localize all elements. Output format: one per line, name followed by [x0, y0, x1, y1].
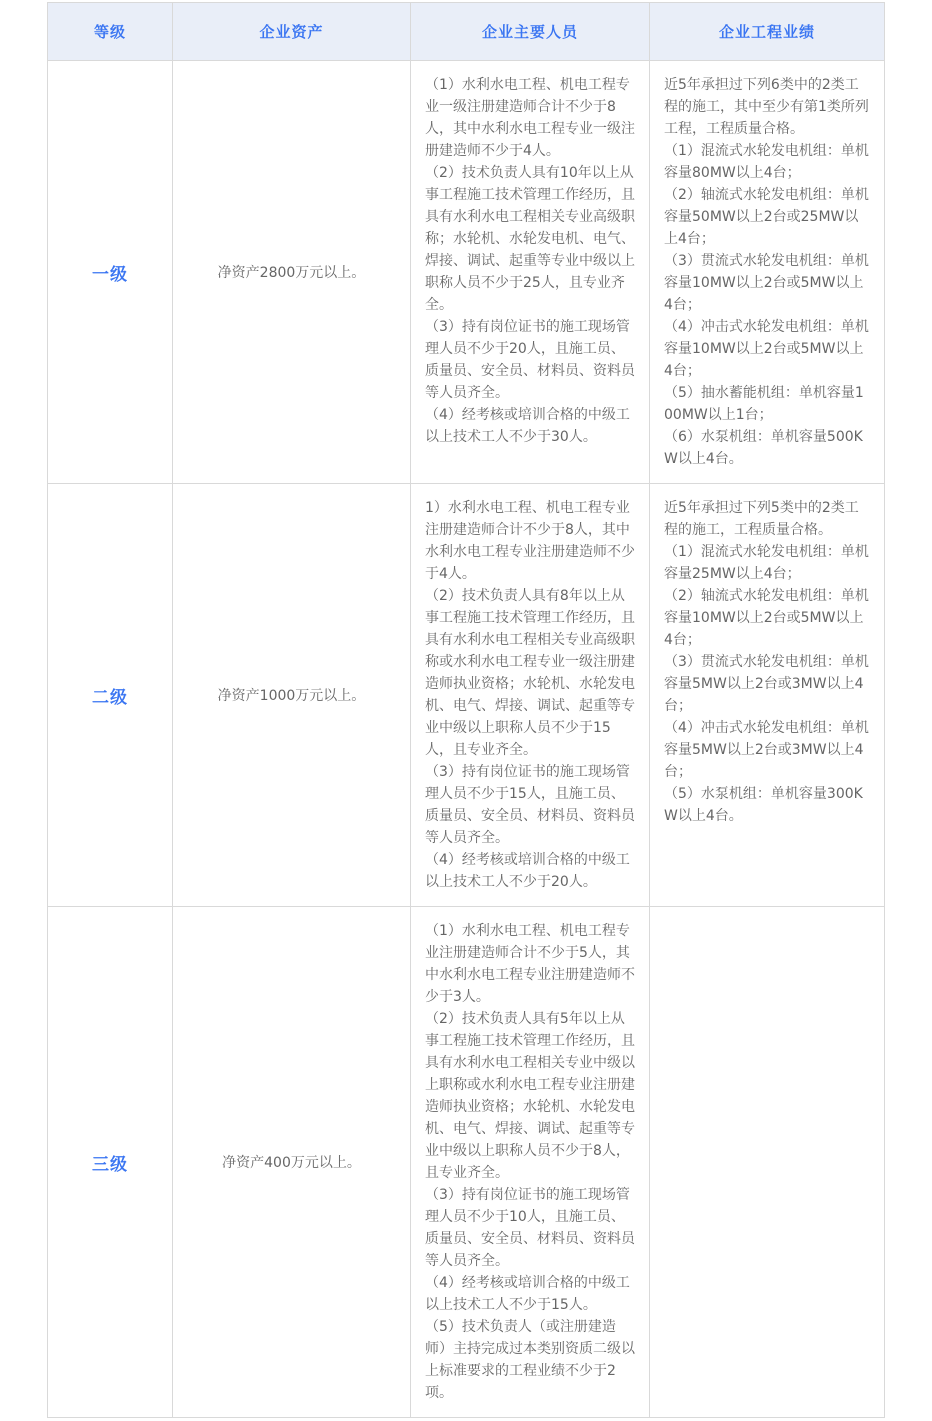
header-cell-performance: 企业工程业绩	[650, 3, 885, 61]
assets-cell: 净资产1000万元以上。	[173, 484, 411, 907]
table-row-grade-2: 二级 净资产1000万元以上。 1）水利水电工程、机电工程专业注册建造师合计不少…	[48, 484, 885, 907]
level-cell: 一级	[48, 61, 173, 484]
cell-paragraph: （5）技术负责人（或注册建造师）主持完成过本类别资质二级以上标准要求的工程业绩不…	[425, 1316, 635, 1404]
cell-paragraph: （1）混流式水轮发电机组：单机容量80MW以上4台；	[664, 140, 870, 184]
cell-paragraph: （5）抽水蓄能机组：单机容量100MW以上1台；	[664, 382, 870, 426]
cell-paragraph: （2）轴流式水轮发电机组：单机容量50MW以上2台或25MW以上4台；	[664, 184, 870, 250]
cell-paragraph: （4）冲击式水轮发电机组：单机容量10MW以上2台或5MW以上4台；	[664, 316, 870, 382]
header-cell-personnel: 企业主要人员	[411, 3, 650, 61]
cell-paragraph: （1）水利水电工程、机电工程专业注册建造师合计不少于5人，其中水利水电工程专业注…	[425, 920, 635, 1008]
header-cell-level: 等级	[48, 3, 173, 61]
cell-paragraph: （4）经考核或培训合格的中级工以上技术工人不少于20人。	[425, 849, 635, 893]
table-header-row: 等级 企业资产 企业主要人员 企业工程业绩	[48, 3, 885, 61]
cell-paragraph: （4）经考核或培训合格的中级工以上技术工人不少于30人。	[425, 404, 635, 448]
cell-paragraph: （5）水泵机组：单机容量300KW以上4台。	[664, 783, 870, 827]
cell-paragraph: （3）贯流式水轮发电机组：单机容量5MW以上2台或3MW以上4台；	[664, 651, 870, 717]
level-cell: 三级	[48, 907, 173, 1418]
assets-cell: 净资产2800万元以上。	[173, 61, 411, 484]
performance-cell: 近5年承担过下列5类中的2类工程的施工，工程质量合格。 （1）混流式水轮发电机组…	[650, 484, 885, 907]
cell-paragraph: （3）持有岗位证书的施工现场管理人员不少于20人，且施工员、质量员、安全员、材料…	[425, 316, 635, 404]
cell-paragraph: 近5年承担过下列6类中的2类工程的施工，其中至少有第1类所列工程，工程质量合格。	[664, 74, 870, 140]
cell-paragraph: （3）持有岗位证书的施工现场管理人员不少于15人，且施工员、质量员、安全员、材料…	[425, 761, 635, 849]
header-cell-assets: 企业资产	[173, 3, 411, 61]
personnel-cell: 1）水利水电工程、机电工程专业注册建造师合计不少于8人，其中水利水电工程专业注册…	[411, 484, 650, 907]
personnel-cell: （1）水利水电工程、机电工程专业注册建造师合计不少于5人，其中水利水电工程专业注…	[411, 907, 650, 1418]
cell-paragraph: （3）贯流式水轮发电机组：单机容量10MW以上2台或5MW以上4台；	[664, 250, 870, 316]
performance-cell-empty	[650, 907, 885, 1418]
performance-cell: 近5年承担过下列6类中的2类工程的施工，其中至少有第1类所列工程，工程质量合格。…	[650, 61, 885, 484]
table-row-grade-3: 三级 净资产400万元以上。 （1）水利水电工程、机电工程专业注册建造师合计不少…	[48, 907, 885, 1418]
assets-cell: 净资产400万元以上。	[173, 907, 411, 1418]
cell-paragraph: 近5年承担过下列5类中的2类工程的施工，工程质量合格。	[664, 497, 870, 541]
personnel-cell: （1）水利水电工程、机电工程专业一级注册建造师合计不少于8人，其中水利水电工程专…	[411, 61, 650, 484]
cell-paragraph: （4）经考核或培训合格的中级工以上技术工人不少于15人。	[425, 1272, 635, 1316]
cell-paragraph: （2）技术负责人具有8年以上从事工程施工技术管理工作经历，且具有水利水电工程相关…	[425, 585, 635, 761]
cell-paragraph: （2）技术负责人具有5年以上从事工程施工技术管理工作经历，且具有水利水电工程相关…	[425, 1008, 635, 1184]
cell-paragraph: （6）水泵机组：单机容量500KW以上4台。	[664, 426, 870, 470]
cell-paragraph: （2）技术负责人具有10年以上从事工程施工技术管理工作经历，且具有水利水电工程相…	[425, 162, 635, 316]
cell-paragraph: （1）混流式水轮发电机组：单机容量25MW以上4台；	[664, 541, 870, 585]
cell-paragraph: （2）轴流式水轮发电机组：单机容量10MW以上2台或5MW以上4台；	[664, 585, 870, 651]
page: 等级 企业资产 企业主要人员 企业工程业绩 一级 净资产2800万元以上。 （1…	[0, 0, 932, 1421]
table-row-grade-1: 一级 净资产2800万元以上。 （1）水利水电工程、机电工程专业一级注册建造师合…	[48, 61, 885, 484]
cell-paragraph: （4）冲击式水轮发电机组：单机容量5MW以上2台或3MW以上4台；	[664, 717, 870, 783]
cell-paragraph: （3）持有岗位证书的施工现场管理人员不少于10人，且施工员、质量员、安全员、材料…	[425, 1184, 635, 1272]
level-cell: 二级	[48, 484, 173, 907]
cell-paragraph: 1）水利水电工程、机电工程专业注册建造师合计不少于8人，其中水利水电工程专业注册…	[425, 497, 635, 585]
qualification-standards-table: 等级 企业资产 企业主要人员 企业工程业绩 一级 净资产2800万元以上。 （1…	[47, 2, 885, 1418]
cell-paragraph: （1）水利水电工程、机电工程专业一级注册建造师合计不少于8人，其中水利水电工程专…	[425, 74, 635, 162]
